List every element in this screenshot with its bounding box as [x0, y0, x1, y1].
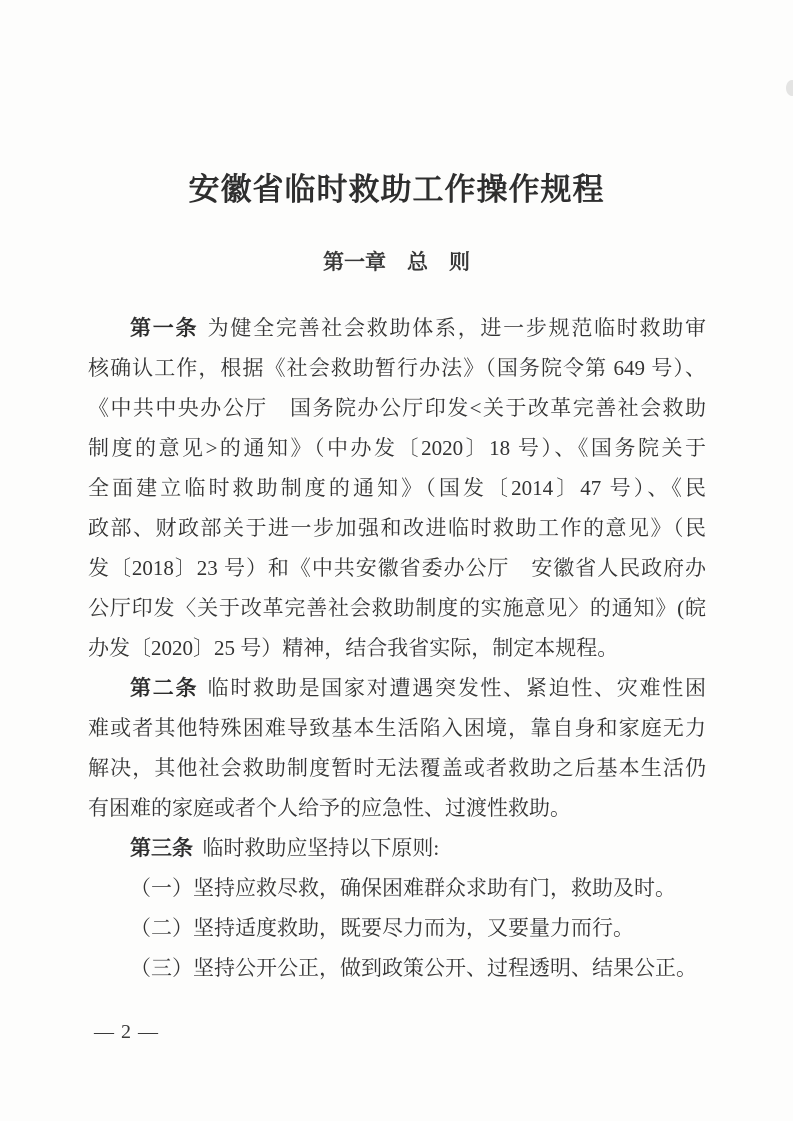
text-line-content: 临时救助是国家对遭遇突发性、紧迫性、灾难性困 — [208, 676, 706, 700]
chapter-heading: 第一章 总 则 — [0, 246, 793, 280]
text-line: 《中共中央办公厅 国务院办公厅印发<关于改革完善社会救助 — [88, 388, 706, 428]
text-line: 解决，其他社会救助制度暂时无法覆盖或者救助之后基本生活仍 — [88, 748, 706, 788]
text-line-content: 公厅印发〈关于改革完善社会救助制度的实施意见〉的通知》(皖 — [88, 596, 706, 620]
text-line-content: 政部、财政部关于进一步加强和改进临时救助工作的意见》（民 — [88, 516, 706, 540]
text-line-content: 有困难的家庭或者个人给予的应急性、过渡性救助。 — [88, 796, 571, 820]
text-line: 全面建立临时救助制度的通知》（国发〔2014〕47 号）、《民 — [88, 468, 706, 508]
article-number: 第三条 — [130, 836, 193, 860]
document-title: 安徽省临时救助工作操作规程 — [0, 168, 793, 212]
document-body: 第一条为健全完善社会救助体系，进一步规范临时救助审 核确认工作，根据《社会救助暂… — [88, 308, 706, 988]
text-line-article-1: 第一条为健全完善社会救助体系，进一步规范临时救助审 — [88, 308, 706, 348]
text-line-content: 全面建立临时救助制度的通知》（国发〔2014〕47 号）、《民 — [88, 476, 706, 500]
text-line: 难或者其他特殊困难导致基本生活陷入困境，靠自身和家庭无力 — [88, 708, 706, 748]
text-line-content: 解决，其他社会救助制度暂时无法覆盖或者救助之后基本生活仍 — [88, 756, 706, 780]
text-line-article-2: 第二条临时救助是国家对遭遇突发性、紧迫性、灾难性困 — [88, 668, 706, 708]
document-page: 安徽省临时救助工作操作规程 第一章 总 则 第一条为健全完善社会救助体系，进一步… — [0, 0, 793, 1121]
text-line: 制度的意见>的通知》（中办发〔2020〕18 号）、《国务院关于 — [88, 428, 706, 468]
text-line-content: 发〔2018〕23 号）和《中共安徽省委办公厅 安徽省人民政府办 — [88, 556, 706, 580]
text-line: 政部、财政部关于进一步加强和改进临时救助工作的意见》（民 — [88, 508, 706, 548]
text-line-principle-2: （二）坚持适度救助，既要尽力而为，又要量力而行。 — [88, 908, 706, 948]
text-line-content: 临时救助应坚持以下原则: — [202, 836, 439, 860]
text-line-content: 《中共中央办公厅 国务院办公厅印发<关于改革完善社会救助 — [88, 396, 706, 420]
text-line-article-3: 第三条临时救助应坚持以下原则: — [88, 828, 706, 868]
text-line-content: 办发〔2020〕25 号）精神，结合我省实际，制定本规程。 — [88, 636, 618, 660]
text-line: 公厅印发〈关于改革完善社会救助制度的实施意见〉的通知》(皖 — [88, 588, 706, 628]
text-line-principle-1: （一）坚持应救尽救，确保困难群众求助有门，救助及时。 — [88, 868, 706, 908]
article-number: 第二条 — [130, 676, 198, 700]
text-line: 发〔2018〕23 号）和《中共安徽省委办公厅 安徽省人民政府办 — [88, 548, 706, 588]
text-line-content: 为健全完善社会救助体系，进一步规范临时救助审 — [208, 316, 706, 340]
text-line-content: 难或者其他特殊困难导致基本生活陷入困境，靠自身和家庭无力 — [88, 716, 706, 740]
text-line: 核确认工作，根据《社会救助暂行办法》（国务院令第 649 号）、 — [88, 348, 706, 388]
page-number: — 2 — — [94, 1018, 159, 1046]
text-line-content: 制度的意见>的通知》（中办发〔2020〕18 号）、《国务院关于 — [88, 436, 706, 460]
text-line-content: （二）坚持适度救助，既要尽力而为，又要量力而行。 — [130, 916, 634, 940]
text-line: 办发〔2020〕25 号）精神，结合我省实际，制定本规程。 — [88, 628, 706, 668]
text-line-content: （三）坚持公开公正，做到政策公开、过程透明、结果公正。 — [130, 956, 697, 980]
text-line-content: （一）坚持应救尽救，确保困难群众求助有门，救助及时。 — [130, 876, 676, 900]
text-line: 有困难的家庭或者个人给予的应急性、过渡性救助。 — [88, 788, 706, 828]
text-line-principle-3: （三）坚持公开公正，做到政策公开、过程透明、结果公正。 — [88, 948, 706, 988]
article-number: 第一条 — [130, 316, 198, 340]
scan-artifact — [786, 80, 793, 96]
text-line-content: 核确认工作，根据《社会救助暂行办法》（国务院令第 649 号）、 — [88, 356, 706, 380]
